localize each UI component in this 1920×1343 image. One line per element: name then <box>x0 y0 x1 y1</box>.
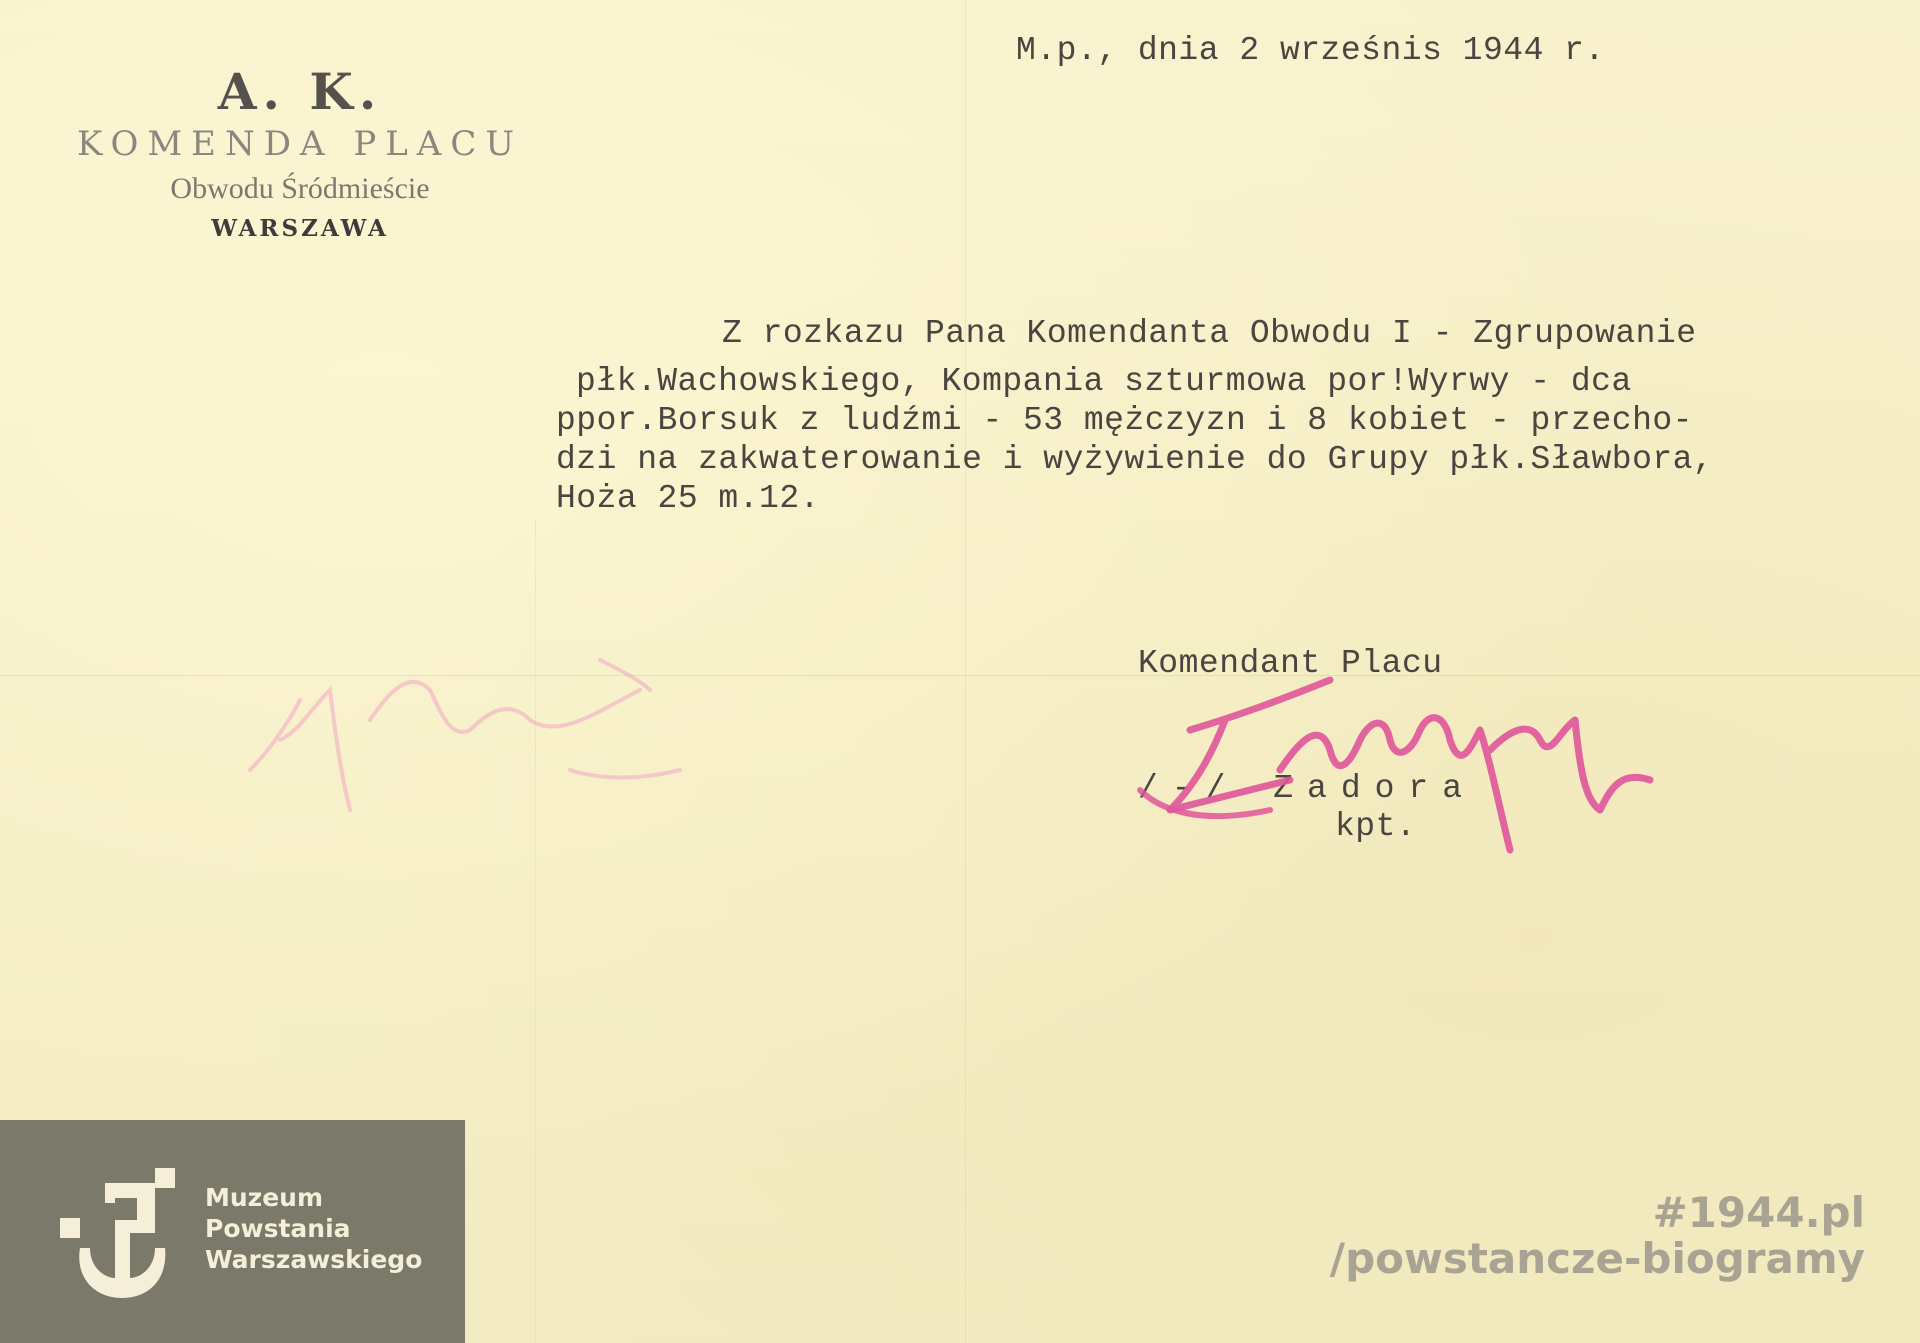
date-line: M.p., dnia 2 wrześnis 1944 r. <box>1016 32 1605 69</box>
body-line-1: Z rozkazu Pana Komendanta Obwodu I - Zgr… <box>722 315 1697 352</box>
signature-title: Komendant Placu <box>1138 645 1443 682</box>
body-line-4: dzi na zakwaterowanie i wyżywienie do Gr… <box>556 441 1713 478</box>
paper-fold-horizontal <box>0 675 1920 676</box>
museum-badge: Muzeum Powstania Warszawskiego <box>0 1120 465 1343</box>
stamp-warszawa: WARSZAWA <box>55 212 545 246</box>
body-line-2: płk.Wachowskiego, Kompania szturmowa por… <box>576 363 1632 400</box>
museum-name-line-1: Muzeum <box>205 1182 422 1213</box>
stamp-ak: A. K. <box>55 62 545 122</box>
ak-stamp: A. K. KOMENDA PLACU Obwodu Śródmieście W… <box>55 62 545 246</box>
kotwica-anchor-icon <box>60 1168 190 1298</box>
paper-fold-vertical <box>965 0 966 1343</box>
watermark: #1944.pl /powstancze-biogramy <box>1330 1190 1865 1282</box>
body-line-5: Hoża 25 m.12. <box>556 480 820 517</box>
museum-name-line-2: Powstania <box>205 1213 422 1244</box>
signature-name: /-/ Zadora <box>1138 770 1476 807</box>
stamp-komenda-placu: KOMENDA PLACU <box>55 122 545 166</box>
museum-name: Muzeum Powstania Warszawskiego <box>205 1182 422 1275</box>
watermark-hashtag: #1944.pl <box>1330 1190 1865 1236</box>
watermark-path: /powstancze-biogramy <box>1330 1236 1865 1282</box>
stamp-obwodu: Obwodu Śródmieście <box>55 166 545 212</box>
paper-crease <box>535 520 536 1343</box>
body-line-3: ppor.Borsuk z ludźmi - 53 mężczyzn i 8 k… <box>556 402 1693 439</box>
museum-name-line-3: Warszawskiego <box>205 1244 422 1275</box>
signature-rank: kpt. <box>1335 808 1416 845</box>
